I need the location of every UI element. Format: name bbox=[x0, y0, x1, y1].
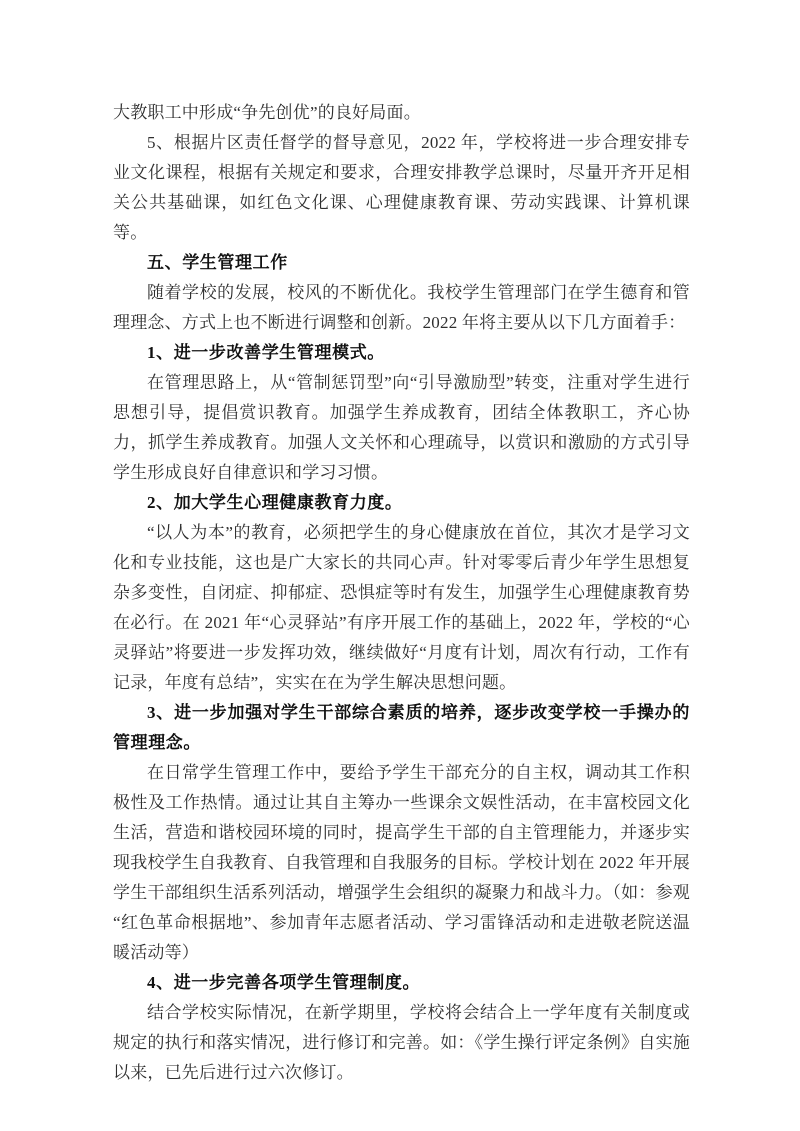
paragraph-under-heading-4: 结合学校实际情况，在新学期里，学校将会结合上一学年度有关制度或规定的执行和落实情… bbox=[113, 998, 690, 1088]
paragraph-under-heading-3: 在日常学生管理工作中，要给予学生干部充分的自主权，调动其工作积极性及工作热情。通… bbox=[113, 758, 690, 968]
section-heading-5: 五、学生管理工作 bbox=[113, 248, 690, 278]
sub-heading-1: 1、进一步改善学生管理模式。 bbox=[113, 338, 690, 368]
section-intro-paragraph: 随着学校的发展，校风的不断优化。我校学生管理部门在学生德育和管理理念、方式上也不… bbox=[113, 278, 690, 338]
paragraph-continuation: 大教职工中形成“争先创优”的良好局面。 bbox=[113, 98, 690, 128]
document-page: 大教职工中形成“争先创优”的良好局面。 5、根据片区责任督学的督导意见，2022… bbox=[0, 0, 800, 1131]
paragraph-item-5: 5、根据片区责任督学的督导意见，2022 年，学校将进一步合理安排专业文化课程，… bbox=[113, 128, 690, 248]
document-body: 大教职工中形成“争先创优”的良好局面。 5、根据片区责任督学的督导意见，2022… bbox=[113, 98, 690, 1088]
sub-heading-2: 2、加大学生心理健康教育力度。 bbox=[113, 488, 690, 518]
sub-heading-3: 3、进一步加强对学生干部综合素质的培养，逐步改变学校一手操办的管理理念。 bbox=[113, 698, 690, 758]
paragraph-under-heading-1: 在管理思路上，从“管制惩罚型”向“引导激励型”转变，注重对学生进行思想引导，提倡… bbox=[113, 368, 690, 488]
paragraph-under-heading-2: “以人为本”的教育，必须把学生的身心健康放在首位，其次才是学习文化和专业技能，这… bbox=[113, 518, 690, 698]
sub-heading-4: 4、进一步完善各项学生管理制度。 bbox=[113, 968, 690, 998]
